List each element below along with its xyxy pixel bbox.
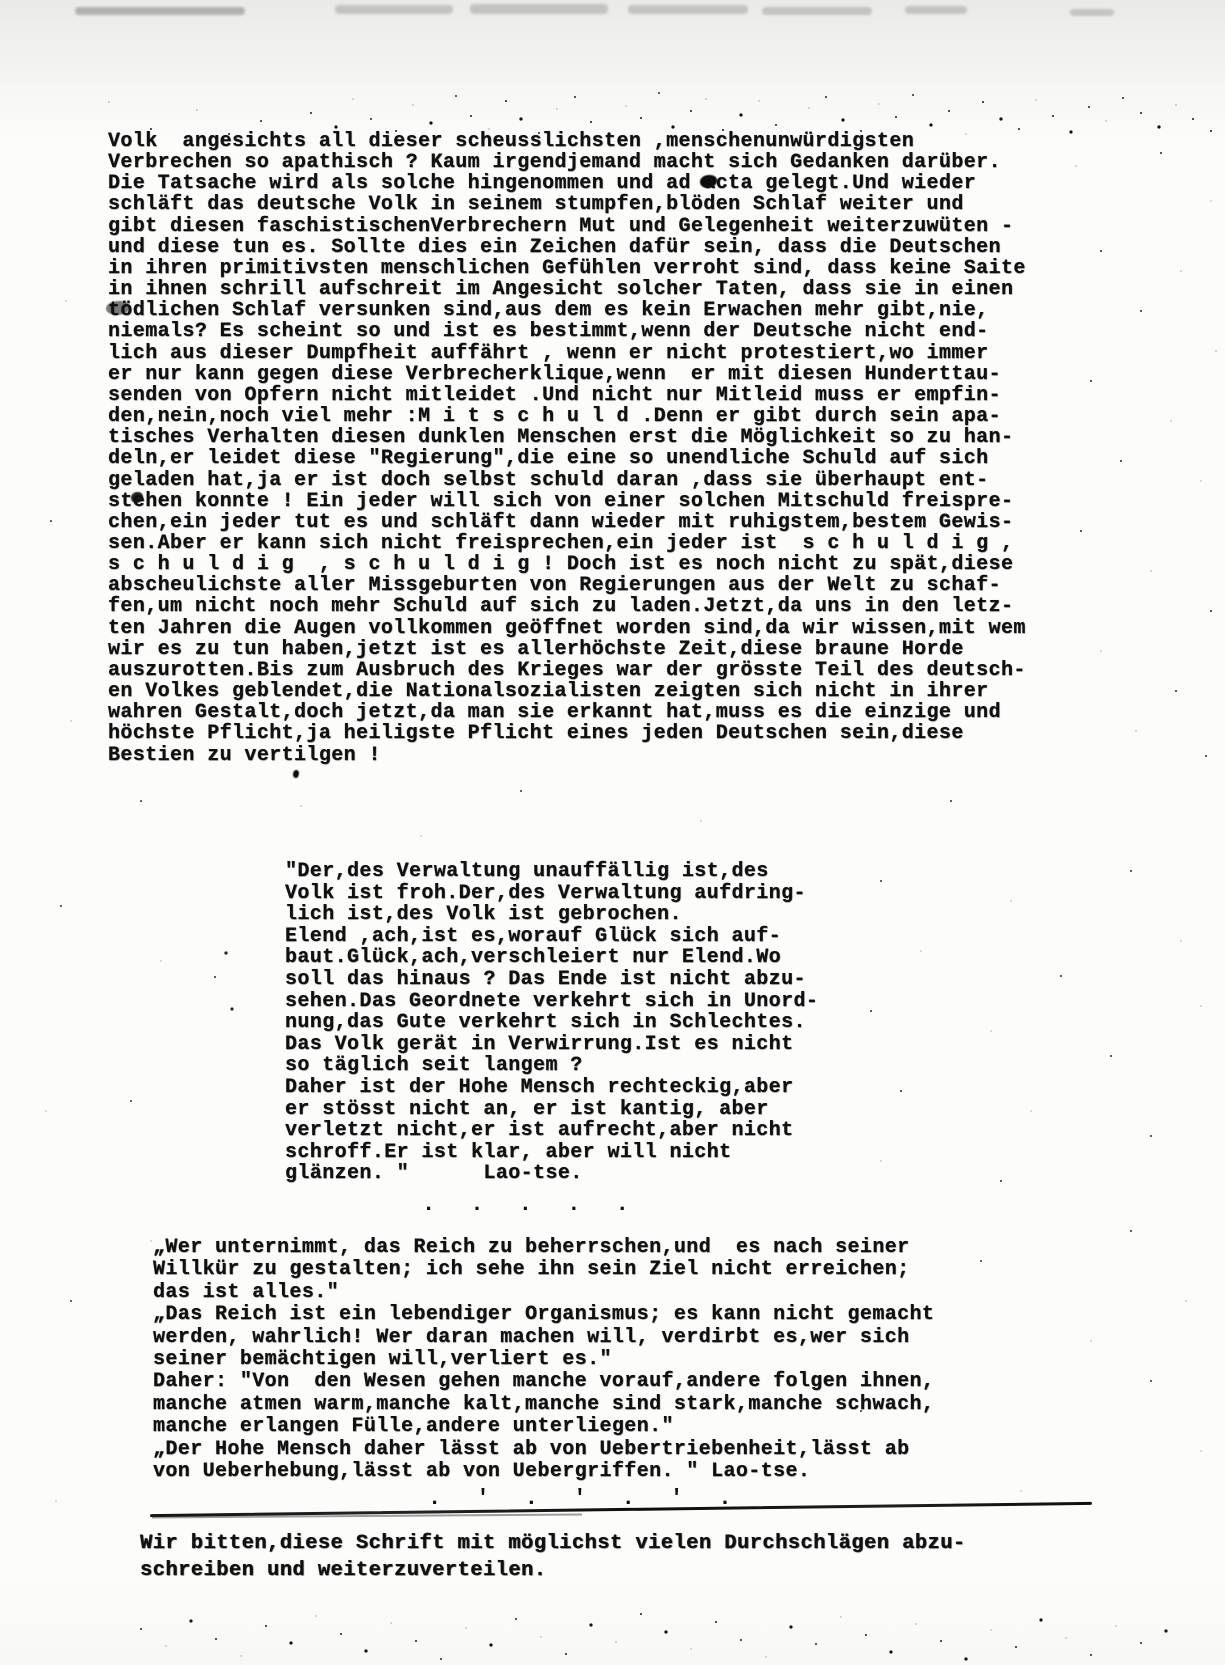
paragraph-line: er nur kann gegen diese Verbrecherklique… [108, 364, 1026, 385]
quote-line: „Der Hohe Mensch daher lässt ab von Uebe… [153, 1439, 934, 1461]
poem-line: Elend ,ach,ist es,worauf Glück sich auf- [285, 926, 818, 948]
paragraph-line: abscheulichste aller Missgeburten von Re… [108, 575, 1026, 596]
poem-line: lich ist,des Volk ist gebrochen. [285, 904, 818, 926]
paragraph-line: Volk angesichts all dieser scheusslichst… [108, 131, 1026, 152]
paragraph-line: s c h u l d i g , s c h u l d i g ! Doch… [108, 554, 1026, 575]
smudge-mark [762, 7, 872, 15]
quote-line: das ist alles." [153, 1282, 934, 1304]
poem-line: so täglich seit langem ? [285, 1055, 818, 1077]
poem-line: verletzt nicht,er ist aufrecht,aber nich… [285, 1120, 818, 1142]
paragraph-line: auszurotten.Bis zum Ausbruch des Krieges… [108, 660, 1026, 681]
note-line: schreiben und weiterzuverteilen. [140, 1557, 966, 1584]
smudge-mark [335, 5, 453, 14]
poem-line: nung,das Gute verkehrt sich in Schlechte… [285, 1012, 818, 1034]
paragraph-line: chen,ein jeder tut es und schläft dann w… [108, 512, 1026, 533]
distribution-note: Wir bitten,diese Schrift mit möglichst v… [140, 1530, 966, 1584]
paragraph-line: geladen hat,ja er ist doch selbst schuld… [108, 470, 1026, 491]
smudge-mark [1070, 9, 1114, 16]
paragraph-line: gibt diesen faschistischenVerbrechern Mu… [108, 216, 1026, 237]
smudge-mark [628, 5, 748, 14]
paragraph-line: ten Jahren die Augen vollkommen geöffnet… [108, 618, 1026, 639]
poem-line: baut.Glück,ach,verschleiert nur Elend.Wo [285, 947, 818, 969]
paragraph-line: den,nein,noch viel mehr :M i t s c h u l… [108, 406, 1026, 427]
paragraph-line: tödlichen Schlaf versunken sind,aus dem … [108, 300, 1026, 321]
quote-line: werden, wahrlich! Wer daran machen will,… [153, 1327, 934, 1349]
smudge-mark [905, 6, 967, 14]
laotse-prose-quotes: „Wer unternimmt, das Reich zu beherrsche… [153, 1237, 934, 1483]
poem-line: "Der,des Verwaltung unauffällig ist,des [285, 861, 818, 883]
paragraph-line: lich aus dieser Dumpfheit auffährt , wen… [108, 343, 1026, 364]
poem-line: er stösst nicht an, er ist kantig, aber [285, 1099, 818, 1121]
smudge-mark [470, 4, 608, 14]
laotse-poem-quote: "Der,des Verwaltung unauffällig ist,desV… [285, 861, 818, 1185]
smudge-mark [75, 7, 245, 15]
ink-blot [293, 770, 299, 778]
poem-line: glänzen. " Lao-tse. [285, 1163, 818, 1185]
paragraph-line: en Volkes geblendet,die Nationalsozialis… [108, 681, 1026, 702]
quote-line: „Wer unternimmt, das Reich zu beherrsche… [153, 1237, 934, 1259]
quote-line: manche atmen warm,manche kalt,manche sin… [153, 1394, 934, 1416]
paragraph-line: höchste Pflicht,ja heiligste Pflicht ein… [108, 723, 1026, 744]
paragraph-line: in ihnen schrill aufschreit im Angesicht… [108, 279, 1026, 300]
paragraph-line: niemals? Es scheint so und ist es bestim… [108, 321, 1026, 342]
scan-shading-top [0, 0, 1225, 150]
paragraph-line: wir es zu tun haben,jetzt ist es allerhö… [108, 639, 1026, 660]
quote-line: „Das Reich ist ein lebendiger Organismus… [153, 1304, 934, 1326]
separator-dots: . . . . . [422, 1192, 640, 1217]
poem-line: sehen.Das Geordnete verkehrt sich in Uno… [285, 991, 818, 1013]
scanned-leaflet-page: Volk angesichts all dieser scheusslichst… [0, 0, 1225, 1665]
paragraph-line: Verbrechen so apathisch ? Kaum irgendjem… [108, 152, 1026, 173]
paragraph-line: senden von Opfern nicht mitleidet .Und n… [108, 385, 1026, 406]
paragraph-line: stehen konnte ! Ein jeder will sich von … [108, 491, 1026, 512]
poem-line: schroff.Er ist klar, aber will nicht [285, 1142, 818, 1164]
poem-line: soll das hinaus ? Das Ende ist nicht abz… [285, 969, 818, 991]
quote-line: Willkür zu gestalten; ich sehe ihn sein … [153, 1259, 934, 1281]
quote-line: seiner bemächtigen will,verliert es." [153, 1349, 934, 1371]
poem-line: Volk ist froh.Der,des Verwaltung aufdrin… [285, 883, 818, 905]
paragraph-line: Die Tatsache wird als solche hingenommen… [108, 173, 1026, 194]
paragraph-line: tisches Verhalten diesen dunklen Mensche… [108, 427, 1026, 448]
paragraph-line: und diese tun es. Sollte dies ein Zeiche… [108, 237, 1026, 258]
quote-line: Daher: "Von den Wesen gehen manche vorau… [153, 1371, 934, 1393]
scan-speckle-noise [0, 0, 2, 2]
quote-line: von Ueberhebung,lässt ab von Uebergriffe… [153, 1461, 934, 1483]
poem-line: Daher ist der Hohe Mensch rechteckig,abe… [285, 1077, 818, 1099]
note-line: Wir bitten,diese Schrift mit möglichst v… [140, 1530, 966, 1557]
paragraph-line: sen.Aber er kann sich nicht freisprechen… [108, 533, 1026, 554]
paragraph-line: Bestien zu vertilgen ! [108, 745, 1026, 766]
paragraph-line: deln,er leidet diese "Regierung",die ein… [108, 448, 1026, 469]
quote-line: manche erlangen Fülle,andere unterliegen… [153, 1416, 934, 1438]
paragraph-line: fen,um nicht noch mehr Schuld auf sich z… [108, 596, 1026, 617]
poem-line: Das Volk gerät in Verwirrung.Ist es nich… [285, 1034, 818, 1056]
paragraph-line: schläft das deutsche Volk in seinem stum… [108, 194, 1026, 215]
main-paragraph: Volk angesichts all dieser scheusslichst… [108, 131, 1026, 766]
paragraph-line: in ihren primitivsten menschlichen Gefüh… [108, 258, 1026, 279]
paragraph-line: wahren Gestalt,doch jetzt,da man sie erk… [108, 702, 1026, 723]
